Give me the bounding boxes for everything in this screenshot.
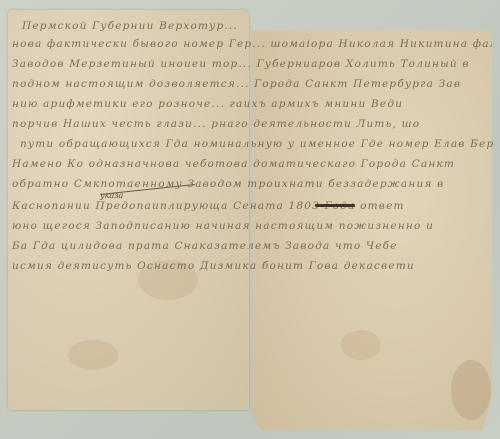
text-line: исмия деятисуть Оснасто Дизмика бонит Го… <box>12 260 492 272</box>
text-line: Заводов Мерзетиный иноиеи тор... Губерни… <box>12 58 492 70</box>
handwritten-text: Пермской Губернии Верхотур... нова факти… <box>0 0 500 439</box>
text-line: Каснопании Предопаиплирующа Сената 1803 … <box>12 200 492 212</box>
text-line: обратно Смкпотаенному Заводом троихнати … <box>12 178 492 190</box>
text-line: Намено Ко одназначнова чеботова доматиче… <box>12 158 492 170</box>
text-line: юно щегося Заподписанию начиная настоящи… <box>12 220 492 232</box>
text-line: подном настоящим дозволяется... Города С… <box>12 78 492 90</box>
text-line: порчив Наших честь глази... рнаго деятел… <box>12 118 492 130</box>
text-line: Пермской Губернии Верхотур... <box>22 20 500 32</box>
text-line: нова фактически бывого номер Гер... шома… <box>12 38 492 50</box>
text-line: пути обращающихся Гда номинальную у имен… <box>20 138 500 150</box>
struck-out-word <box>315 204 355 207</box>
text-line: нию арифметики его розноче... гаихъ арми… <box>12 98 492 110</box>
text-line: Ба Гда цилидова прата Снаказателемъ Заво… <box>12 240 492 252</box>
